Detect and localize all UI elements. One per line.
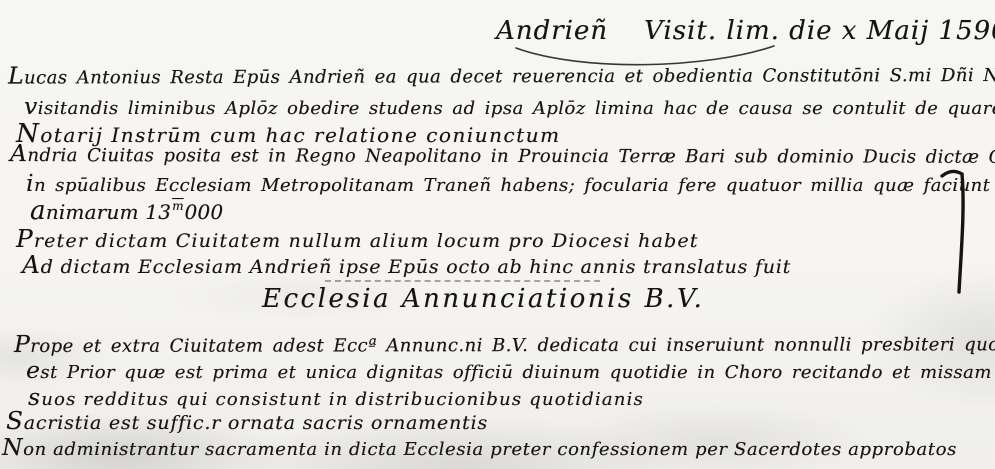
manuscript-line: est Prior quæ est prima et unica dignita… (26, 356, 995, 384)
manuscript-line: Preter dictam Ciuitatem nullum alium loc… (16, 224, 699, 253)
manuscript-line: Lucas Antonius Resta Epūs Andrieñ ea qua… (8, 58, 995, 89)
page-header: Andrieñ Visit. lim. die x Maij 1590 (496, 16, 995, 46)
manuscript-line: Andria Ciuitas posita est in Regno Neapo… (10, 139, 995, 169)
manuscript-line: animarum 13m000 (30, 196, 223, 226)
header-docket: Andrieñ (496, 16, 608, 46)
manuscript-line: in spūalibus Ecclesiam Metropolitanam Tr… (26, 169, 995, 197)
manuscript-line: Non administrantur sacramenta in dicta E… (2, 433, 957, 461)
thousands-superscript: m (172, 199, 183, 213)
manuscript-page: Andrieñ Visit. lim. die x Maij 1590 Luca… (0, 0, 995, 469)
header-title: Visit. lim. die x Maij 1590 (644, 16, 995, 46)
line-text: animarum 13 (30, 200, 171, 224)
manuscript-line: Ad dictam Ecclesiam Andrieñ ipse Epūs oc… (22, 250, 791, 279)
manuscript-line: Sacristia est suffic.r ornata sacris orn… (6, 406, 488, 435)
section-heading: Ecclesia Annunciationis B.V. (262, 284, 704, 314)
line-text: 000 (184, 200, 223, 224)
manuscript-line: visitandis liminibus Aplōz obedire stude… (24, 92, 995, 120)
bleed-through-marks (325, 280, 600, 282)
manuscript-line: Prope et extra Ciuitatem adest Eccª Annu… (14, 328, 995, 358)
